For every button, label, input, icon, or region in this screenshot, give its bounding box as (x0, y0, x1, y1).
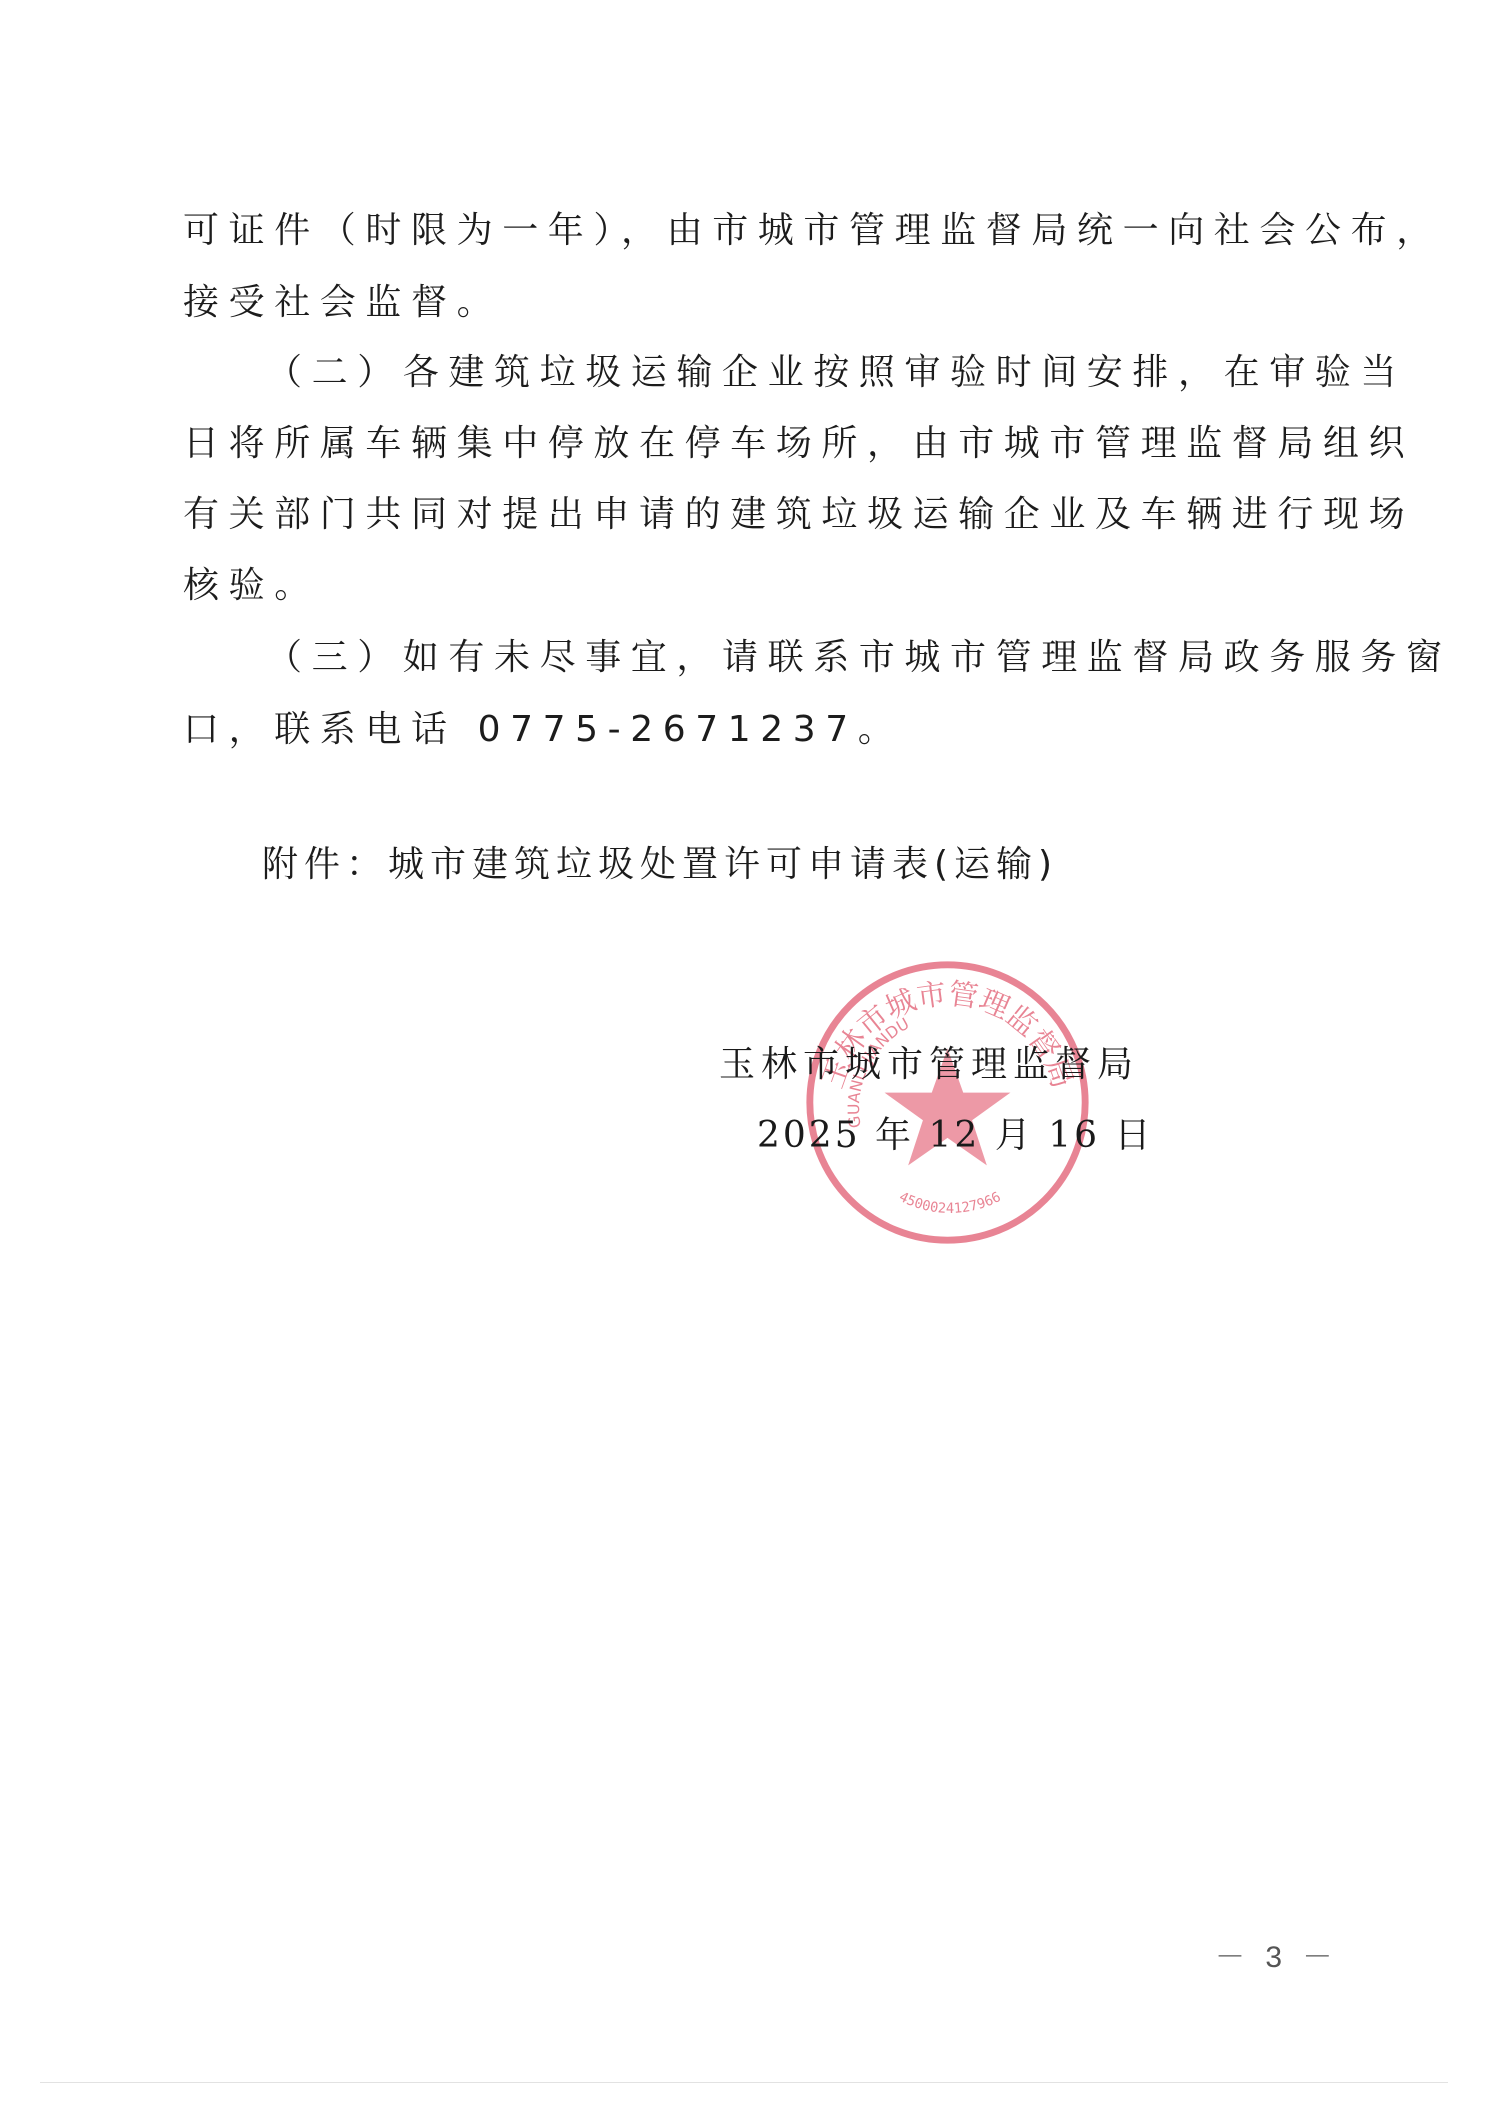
body-line-7: （三）如有未尽事宜，请联系市城市管理监督局政务服务窗 (266, 640, 1452, 676)
issue-date: 2025 年 12 月 16 日 (757, 1118, 1153, 1154)
scan-edge-divider (40, 2082, 1448, 2083)
attachment-line: 附件：城市建筑垃圾处置许可申请表(运输) (262, 847, 1058, 883)
body-line-2: 接受社会监督。 (183, 285, 502, 321)
body-line-4: 日将所属车辆集中停放在停车场所，由市城市管理监督局组织 (183, 426, 1414, 462)
page-number: － 3 － (1215, 1932, 1338, 1976)
body-line-1: 可证件（时限为一年），由市城市管理监督局统一向社会公布， (183, 213, 1442, 249)
svg-text:4500024127966: 4500024127966 (896, 1189, 1003, 1217)
official-seal-icon: 玉林市城市管理监督局 GUANLI JIANDU 4500024127966 (800, 955, 1095, 1250)
issuer-name: 玉林市城市管理监督局 (719, 1047, 1139, 1083)
body-line-5: 有关部门共同对提出申请的建筑垃圾运输企业及车辆进行现场 (183, 497, 1414, 533)
body-line-6: 核验。 (183, 568, 320, 604)
body-line-3: （二）各建筑垃圾运输企业按照审验时间安排，在审验当 (266, 355, 1406, 391)
document-page: 可证件（时限为一年），由市城市管理监督局统一向社会公布， 接受社会监督。 （二）… (0, 0, 1488, 2106)
body-line-8: 口，联系电话 0775-2671237。 (183, 712, 903, 748)
